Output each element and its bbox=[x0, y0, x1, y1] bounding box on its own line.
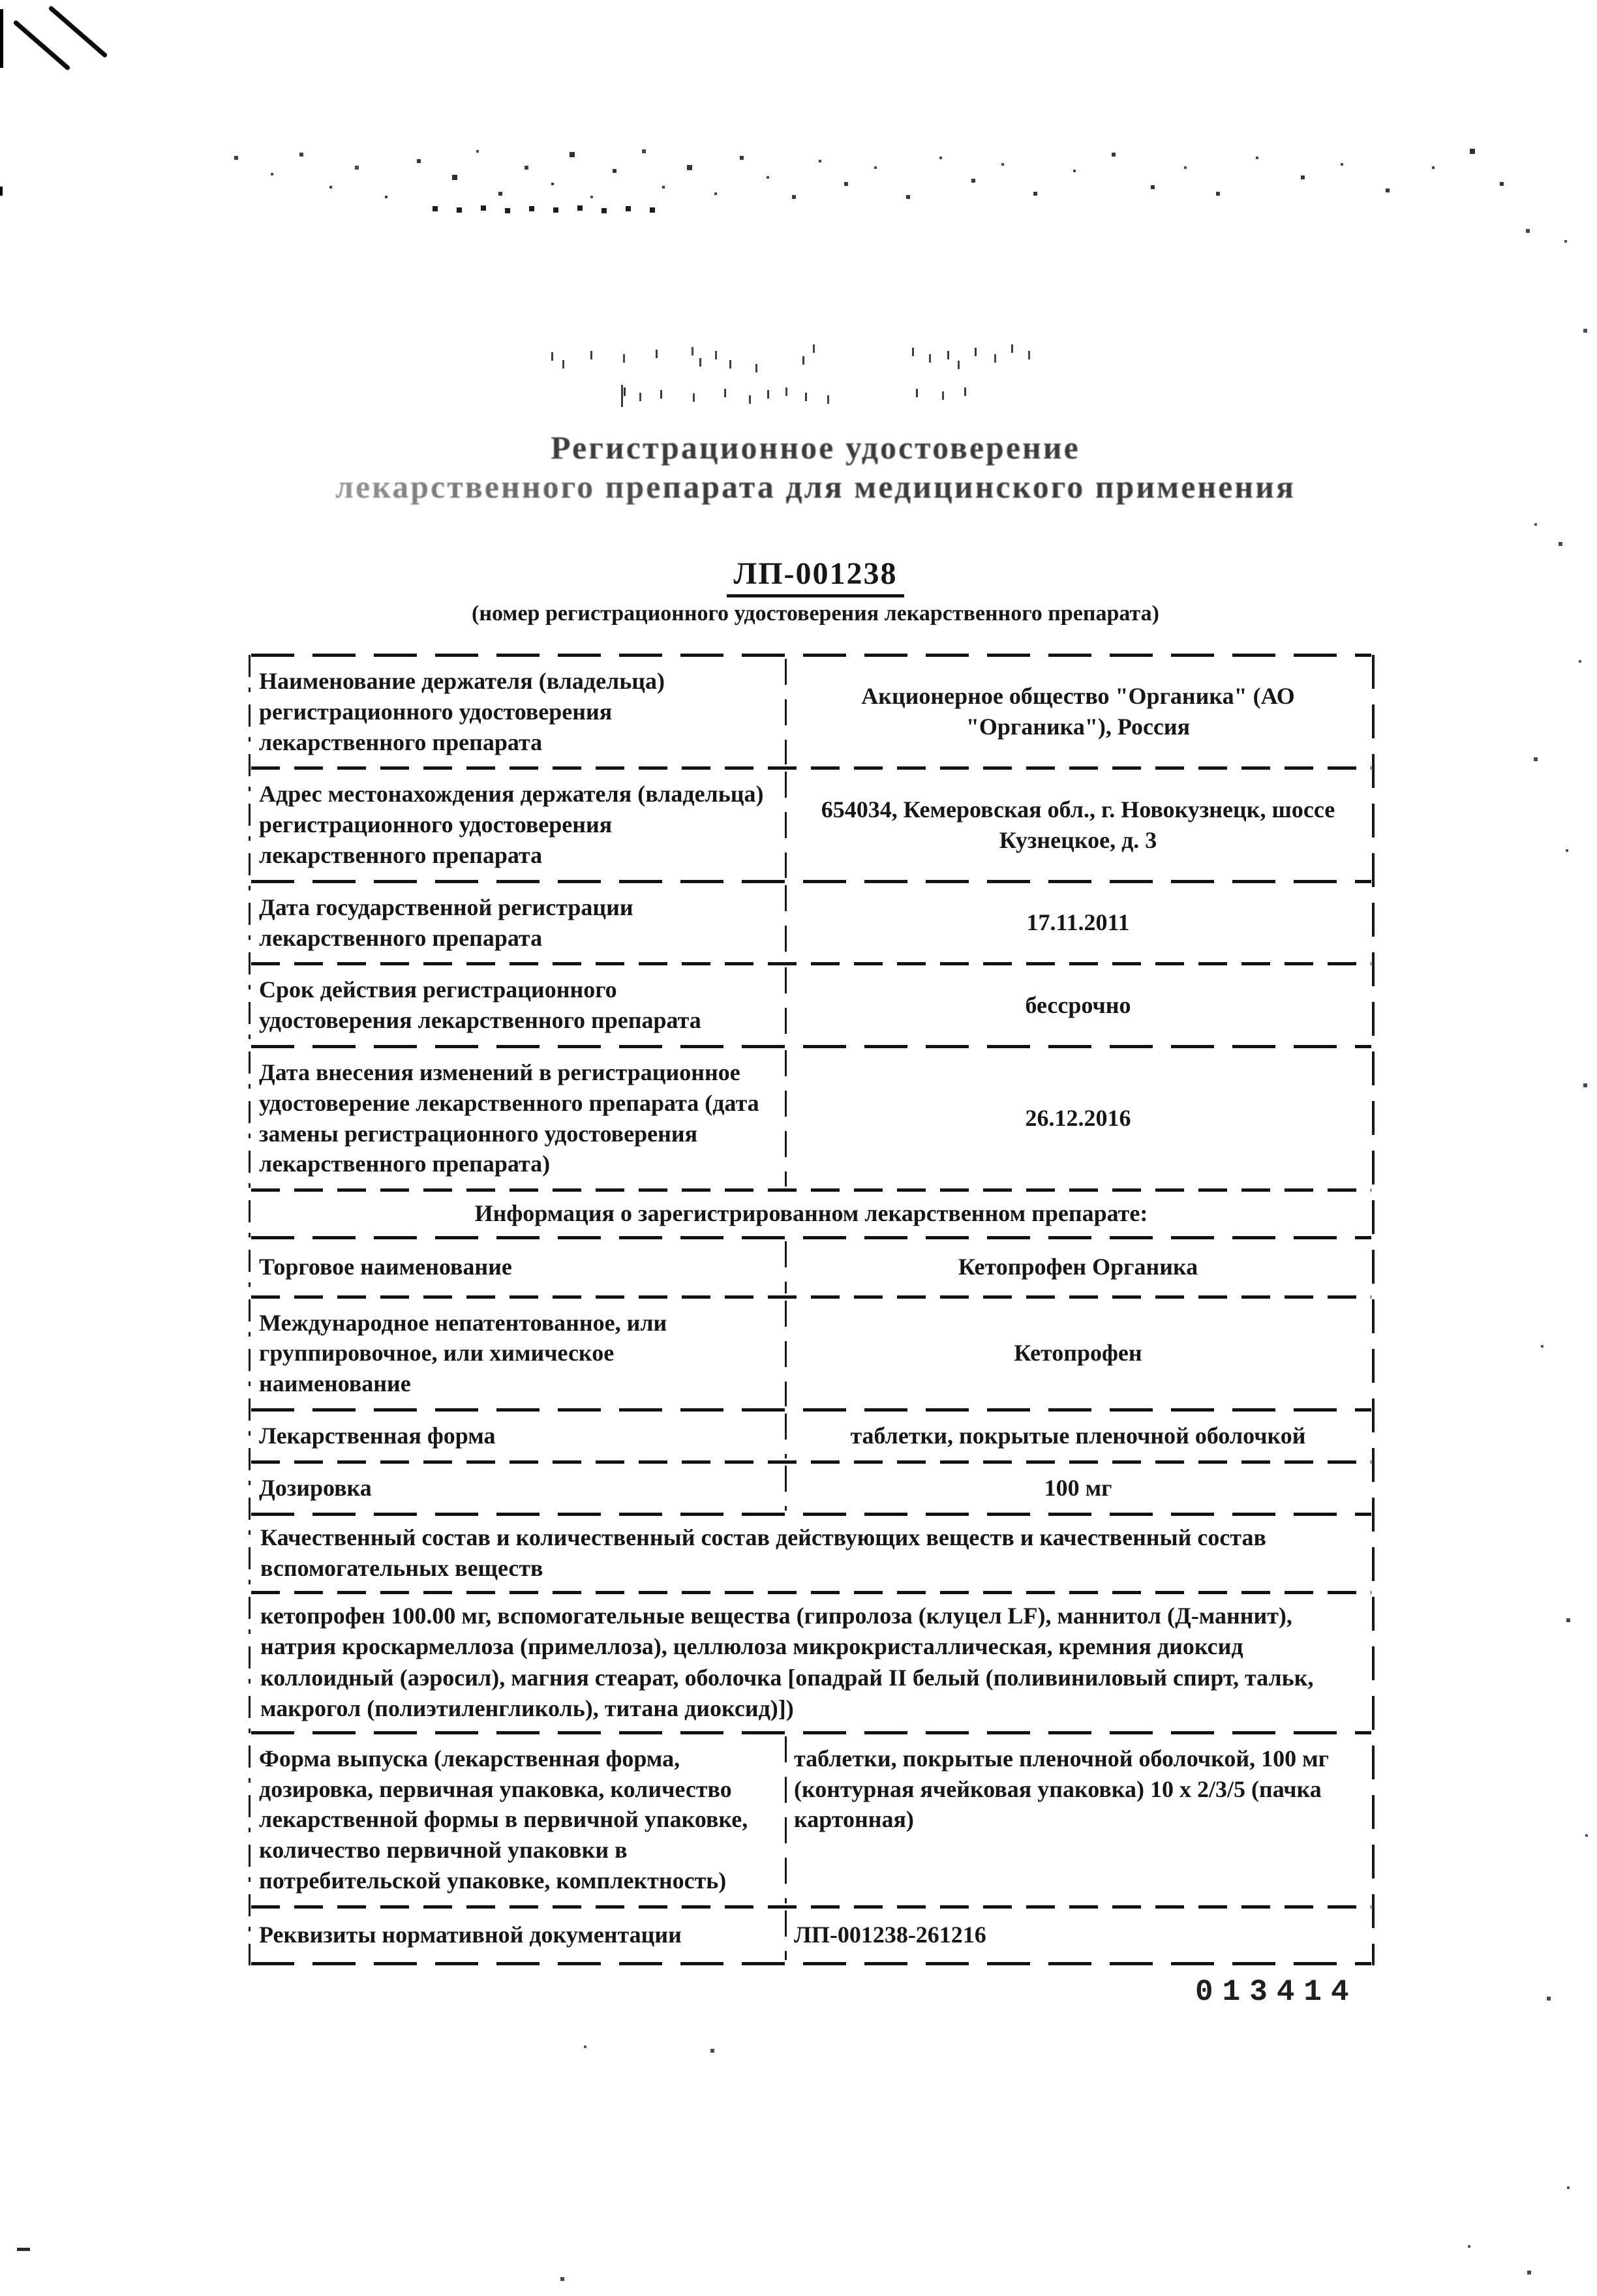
pen-mark-stroke bbox=[48, 5, 108, 58]
pen-mark-stroke bbox=[12, 20, 70, 71]
table-composition-header: Качественный состав и количественный сос… bbox=[251, 1516, 1371, 1591]
row-label: Дозировка bbox=[251, 1464, 785, 1513]
scan-margin-specks bbox=[0, 0, 3, 3]
scan-edge-artifact bbox=[17, 2248, 30, 2251]
document-title: Регистрационное удостоверение лекарствен… bbox=[261, 428, 1370, 506]
row-value: 26.12.2016 bbox=[785, 1094, 1371, 1143]
row-value: таблетки, покрытые пленочной оболочкой bbox=[785, 1412, 1371, 1460]
certificate-number: ЛП-001238 bbox=[727, 556, 904, 597]
table-row-amendment-date: Дата внесения изменений в регистрационно… bbox=[251, 1048, 1371, 1188]
certificate-table: Наименование держателя (владельца) регис… bbox=[251, 654, 1371, 1965]
document-title-line1: Регистрационное удостоверение bbox=[551, 429, 1080, 466]
row-value: Акционерное общество "Органика" (АО "Орг… bbox=[785, 672, 1371, 751]
table-row-dosage-form: Лекарственная форма таблетки, покрытые п… bbox=[251, 1412, 1371, 1460]
table-section-header: Информация о зарегистрированном лекарств… bbox=[251, 1192, 1371, 1236]
row-value: ЛП-001238-261216 bbox=[785, 1911, 1371, 1959]
stamp-serial-number: 013414 bbox=[1195, 1975, 1358, 2009]
row-value: Кетопрофен Органика bbox=[785, 1243, 1371, 1291]
table-composition-text: кетопрофен 100.00 мг, вспомогательные ве… bbox=[251, 1594, 1371, 1731]
table-row-address: Адрес местонахождения держателя (владель… bbox=[251, 770, 1371, 879]
table-border bbox=[251, 1962, 1371, 1965]
scanned-registration-certificate-page: Регистрационное удостоверение лекарствен… bbox=[0, 0, 1597, 2296]
certificate-number-caption: (номер регистрационного удостоверения ле… bbox=[261, 601, 1370, 626]
row-label: Форма выпуска (лекарственная форма, дози… bbox=[251, 1734, 785, 1905]
table-row-holder: Наименование держателя (владельца) регис… bbox=[251, 657, 1371, 766]
row-value: 17.11.2011 bbox=[785, 898, 1371, 947]
row-label: Наименование держателя (владельца) регис… bbox=[251, 657, 785, 766]
table-row-validity: Срок действия регистрационного удостовер… bbox=[251, 965, 1371, 1045]
row-label: Торговое наименование bbox=[251, 1243, 785, 1291]
row-label: Дата государственной регистрации лекарст… bbox=[251, 883, 785, 963]
table-row-dosage: Дозировка 100 мг bbox=[251, 1464, 1371, 1513]
row-value: 654034, Кемеровская обл., г. Новокузнецк… bbox=[785, 785, 1371, 865]
row-label: Международное непатентованное, или групп… bbox=[251, 1299, 785, 1408]
row-label: Адрес местонахождения держателя (владель… bbox=[251, 770, 785, 879]
row-label: Срок действия регистрационного удостовер… bbox=[251, 965, 785, 1045]
row-label: Дата внесения изменений в регистрационно… bbox=[251, 1048, 785, 1188]
document-title-line2: лекарственного препарата для медицинског… bbox=[261, 467, 1370, 506]
row-value: бессрочно bbox=[785, 981, 1371, 1030]
scan-edge-artifact bbox=[0, 187, 3, 196]
row-value: 100 мг bbox=[785, 1464, 1371, 1513]
certificate-number-block: ЛП-001238 bbox=[261, 556, 1370, 597]
table-row-release-form: Форма выпуска (лекарственная форма, дози… bbox=[251, 1734, 1371, 1905]
table-row-requisites: Реквизиты нормативной документации ЛП-00… bbox=[251, 1909, 1371, 1962]
row-value: Кетопрофен bbox=[785, 1329, 1371, 1378]
row-label: Реквизиты нормативной документации bbox=[251, 1911, 785, 1959]
table-row-inn: Международное непатентованное, или групп… bbox=[251, 1299, 1371, 1408]
table-row-trade-name: Торговое наименование Кетопрофен Органик… bbox=[251, 1239, 1371, 1295]
scan-edge-artifact bbox=[0, 9, 3, 68]
row-value: таблетки, покрытые пленочной оболочкой, … bbox=[785, 1734, 1371, 1844]
row-label: Лекарственная форма bbox=[251, 1412, 785, 1460]
table-row-registration-date: Дата государственной регистрации лекарст… bbox=[251, 883, 1371, 963]
faded-letterhead-fragment bbox=[621, 385, 623, 407]
